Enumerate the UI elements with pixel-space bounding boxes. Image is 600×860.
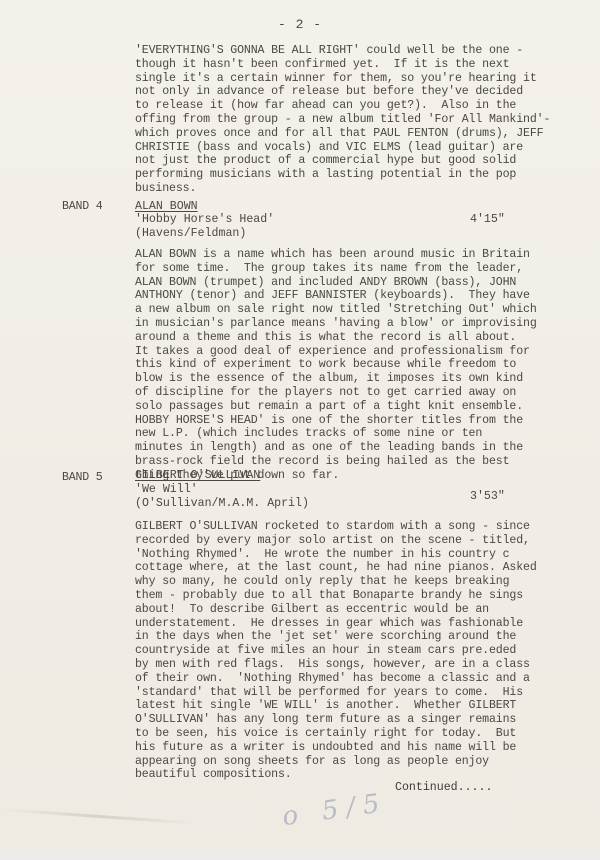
- band-4-artist: ALAN BOWN: [135, 200, 198, 213]
- band-4-label: BAND 4: [62, 200, 103, 213]
- document-page: - 2 - 'EVERYTHING'S GONNA BE ALL RIGHT' …: [0, 0, 600, 852]
- page-number: - 2 -: [0, 17, 600, 32]
- scan-edge: [0, 852, 600, 860]
- band-5-credits: (O'Sullivan/M.A.M. April): [135, 497, 309, 510]
- band-5-song-title: 'We Will': [135, 483, 198, 496]
- band-5-artist: GILBERT O'SULLIVAN: [135, 469, 260, 482]
- handwritten-annotation: o 5/5: [280, 788, 389, 832]
- band-4-credits: (Havens/Feldman): [135, 227, 246, 240]
- band-4-song-title: 'Hobby Horse's Head': [135, 213, 274, 226]
- band-5-description: GILBERT O'SULLIVAN rocketed to stardom w…: [135, 520, 555, 782]
- band-5-duration: 3'53": [470, 490, 505, 503]
- band-4-duration: 4'15": [470, 213, 505, 226]
- band-5-label: BAND 5: [62, 471, 103, 484]
- band-4-description: ALAN BOWN is a name which has been aroun…: [135, 248, 555, 483]
- continued-label: Continued.....: [395, 781, 492, 794]
- intro-paragraph: 'EVERYTHING'S GONNA BE ALL RIGHT' could …: [135, 44, 555, 196]
- paper-crease: [0, 808, 200, 825]
